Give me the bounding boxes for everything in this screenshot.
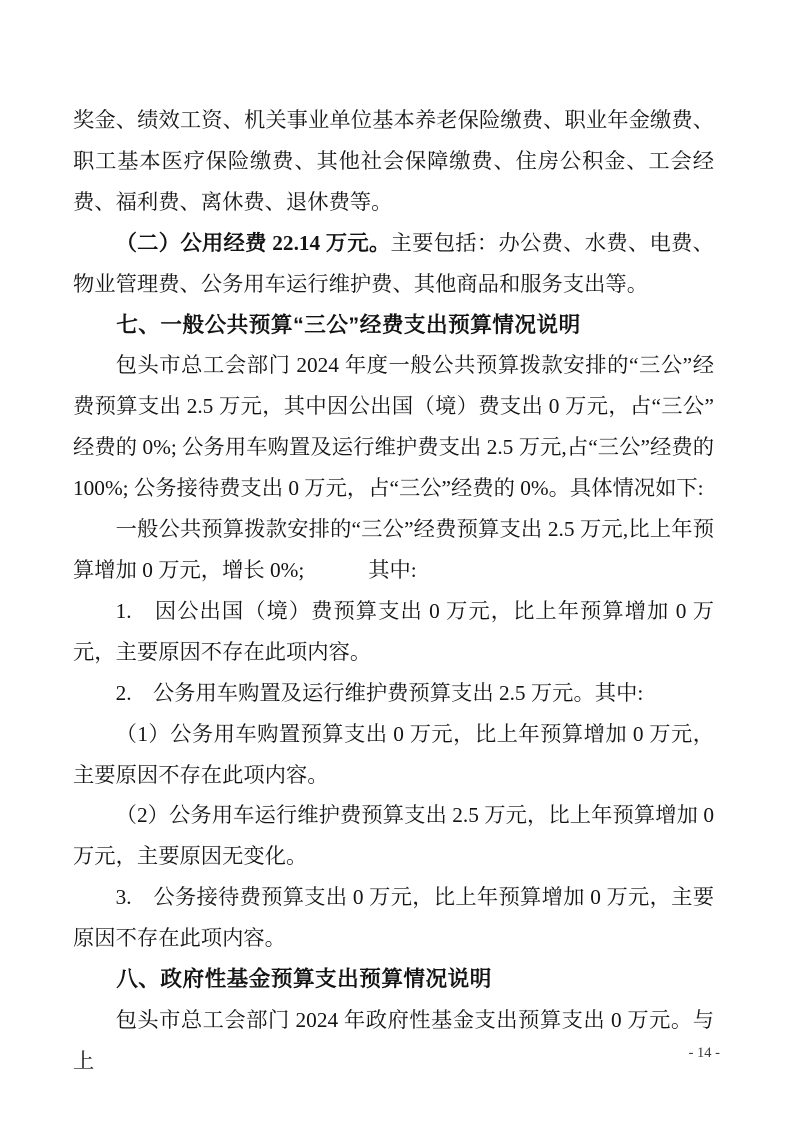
- list-item-3-reception-expense: 3. 公务接待费预算支出 0 万元，比上年预算增加 0 万元，主要原因不存在此项…: [73, 877, 714, 959]
- list-item-2-1-vehicle-purchase: （1）公务用车购置预算支出 0 万元，比上年预算增加 0 万元，主要原因不存在此…: [73, 714, 714, 796]
- page-number: - 14 -: [689, 1045, 720, 1061]
- paragraph-sangong-total: 一般公共预算拨款安排的“三公”经费预算支出 2.5 万元,比上年预算增加 0 万…: [73, 509, 714, 591]
- heading-section-eight: 八、政府性基金预算支出预算情况说明: [73, 959, 714, 1000]
- document-page: 奖金、绩效工资、机关事业单位基本养老保险缴费、职业年金缴费、职工基本医疗保险缴费…: [0, 0, 794, 1123]
- public-expense-bold-lead: （二）公用经费 22.14 万元。: [116, 231, 391, 255]
- paragraph-personnel-expense-carryover: 奖金、绩效工资、机关事业单位基本养老保险缴费、职业年金缴费、职工基本医疗保险缴费…: [73, 100, 714, 223]
- document-body: 奖金、绩效工资、机关事业单位基本养老保险缴费、职业年金缴费、职工基本医疗保险缴费…: [73, 100, 714, 1082]
- list-item-1-abroad-expense: 1. 因公出国（境）费预算支出 0 万元，比上年预算增加 0 万元，主要原因不存…: [73, 591, 714, 673]
- paragraph-sangong-overview: 包头市总工会部门 2024 年度一般公共预算拨款安排的“三公”经费预算支出 2.…: [73, 345, 714, 509]
- heading-section-seven: 七、一般公共预算“三公”经费支出预算情况说明: [73, 305, 714, 346]
- paragraph-public-expense: （二）公用经费 22.14 万元。主要包括：办公费、水费、电费、物业管理费、公务…: [73, 223, 714, 305]
- list-item-2-2-vehicle-maintenance: （2）公务用车运行维护费预算支出 2.5 万元，比上年预算增加 0 万元，主要原…: [73, 795, 714, 877]
- list-item-2-vehicle-expense: 2. 公务用车购置及运行维护费预算支出 2.5 万元。其中:: [73, 673, 714, 714]
- paragraph-gov-fund: 包头市总工会部门 2024 年政府性基金支出预算支出 0 万元。与上: [73, 1000, 714, 1082]
